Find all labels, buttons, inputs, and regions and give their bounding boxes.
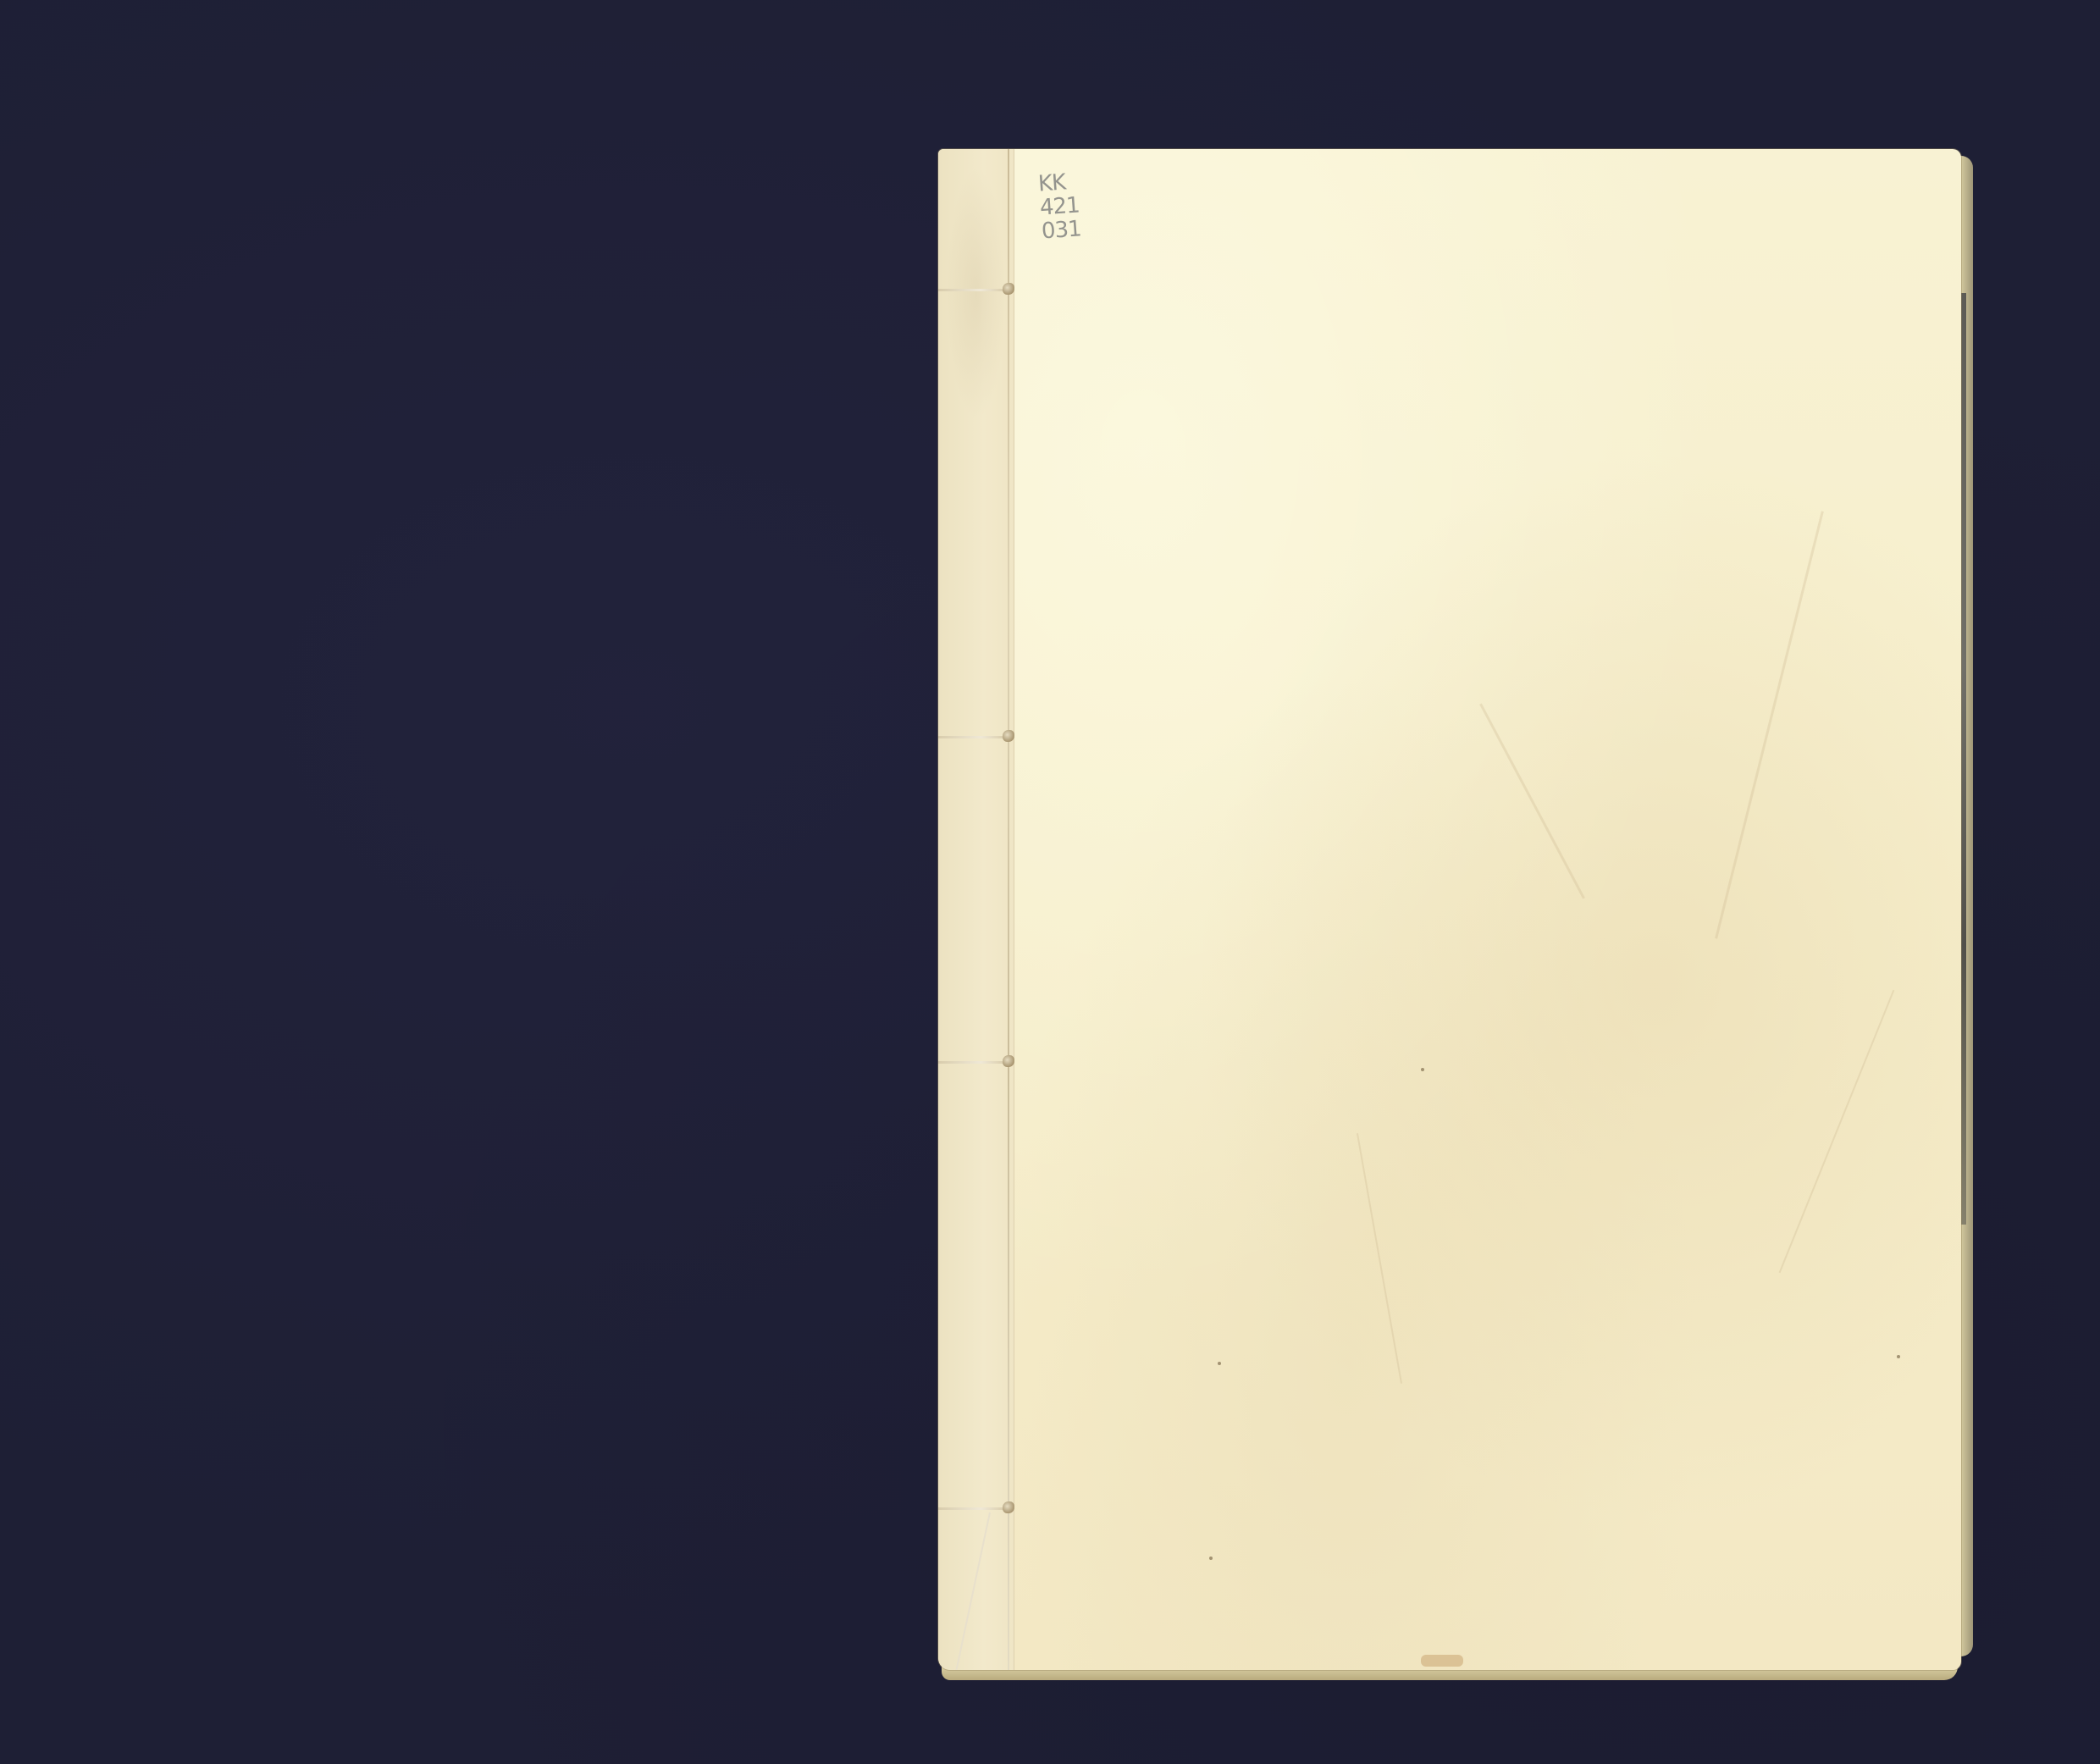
stitch-3 [938,1059,1016,1067]
stitch-thread [938,1507,1009,1510]
stitch-thread [938,289,1009,291]
paper-speck [1209,1557,1213,1560]
paper-speck [1897,1355,1900,1358]
stitch-thread [938,736,1009,738]
paper-crease [1357,1133,1402,1384]
stitch-knot [1003,1501,1014,1513]
paper-speck [1421,1068,1424,1071]
binding-thread [1008,149,1009,1670]
paper-speck [1218,1362,1221,1365]
binding-margin [938,149,1014,1670]
stitch-4 [938,1505,1016,1513]
stitch-knot [1003,283,1014,295]
call-number-line-3: 031 [1041,217,1081,243]
stitch-2 [938,733,1016,742]
paper-crease [1779,990,1895,1274]
stitch-thread [938,1061,1009,1064]
book: KK 421 031 [938,149,1961,1670]
edge-wear [1421,1655,1463,1667]
stitch-knot [1003,730,1014,742]
paper-crease [1715,511,1824,938]
stitch-knot [1003,1055,1014,1067]
paper-crease [1479,704,1585,899]
stitch-1 [938,286,1016,295]
handwritten-call-number: KK 421 031 [1037,169,1081,243]
book-cover: KK 421 031 [938,149,1961,1670]
